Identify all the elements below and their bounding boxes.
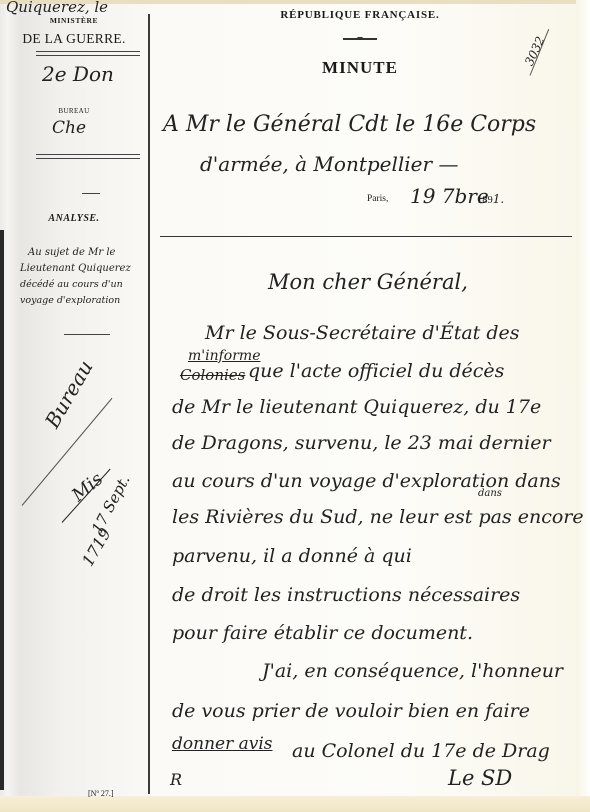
document-page: Quiquerez, le MINISTÈRE DE LA GUERRE. 2e… xyxy=(0,0,590,812)
dateline-year-printed: 189 xyxy=(477,195,493,206)
analyse-line-3: décédé au cours d'un xyxy=(20,279,123,290)
body-line-7: parvenu, il a donné à qui xyxy=(172,545,412,567)
dateline-place: Paris, xyxy=(367,194,388,204)
analyse-end-rule xyxy=(64,334,110,335)
bureau-label: BUREAU xyxy=(0,107,148,115)
analyse-line-4: voyage d'exploration xyxy=(20,295,120,306)
document-title: MINUTE xyxy=(160,58,560,78)
dateline-year: 1891. xyxy=(477,192,504,206)
body-line-2: que l'acte officiel du décès xyxy=(248,360,504,382)
margin-rule xyxy=(148,14,150,794)
body-line-3: de Mr le lieutenant Quiquerez, du 17e xyxy=(172,396,541,418)
body-line-12: donner avis xyxy=(172,734,273,754)
sidebar-double-rule-2 xyxy=(36,154,140,159)
address-line-2: d'armée, à Montpellier — xyxy=(200,152,458,176)
interlinear-insert: dans xyxy=(478,488,502,499)
body-line-1: Mr le Sous-Secrétaire d'État des xyxy=(205,322,519,344)
analyse-ornament-rule xyxy=(82,193,100,194)
registry-number: 1719 xyxy=(78,525,115,570)
body-line-8: de droit les instructions nécessaires xyxy=(172,584,520,606)
body-line-9: pour faire établir ce document. xyxy=(172,622,473,644)
analyse-label: ANALYSE. xyxy=(0,213,148,224)
header-ornament xyxy=(343,38,377,40)
closing-signature: Le SD xyxy=(448,766,512,790)
republic-header: RÉPUBLIQUE FRANÇAISE. xyxy=(160,9,560,21)
bureau-handwritten: Che xyxy=(52,118,86,138)
initial-mark: R xyxy=(170,770,182,789)
dateline-year-digit: 1. xyxy=(493,192,504,206)
body-line-11: de vous prier de vouloir bien en faire xyxy=(172,700,530,722)
scan-right-edge xyxy=(576,0,590,812)
salutation: Mon cher Général, xyxy=(268,270,468,294)
body-line-5: au cours d'un voyage d'exploration dans xyxy=(172,470,561,492)
analyse-line-2: Lieutenant Quiquerez xyxy=(20,263,131,274)
form-number: [Nº 27.] xyxy=(88,789,114,798)
header-rule xyxy=(160,236,572,237)
body-line-10: J'ai, en conséquence, l'honneur xyxy=(262,660,563,682)
analyse-line-1: Au sujet de Mr le xyxy=(28,247,115,258)
body-struck-colonies: Colonies xyxy=(180,366,245,384)
bureau-signature: Bureau xyxy=(40,356,98,432)
ministry-name: DE LA GUERRE. xyxy=(0,31,148,47)
ministry-label: MINISTÈRE xyxy=(0,16,148,25)
sidebar-double-rule xyxy=(36,51,140,56)
body-line-6: les Rivières du Sud, ne leur est pas enc… xyxy=(172,506,584,528)
sidebar-margin: MINISTÈRE DE LA GUERRE. 2e Don BUREAU Ch… xyxy=(0,0,148,812)
direction-handwritten: 2e Don xyxy=(42,62,114,86)
body-line-13: au Colonel du 17e de Drag xyxy=(292,740,550,762)
address-line-1: A Mr le Général Cdt le 16e Corps xyxy=(163,112,536,137)
body-line-4: de Dragons, survenu, le 23 mai dernier xyxy=(172,432,551,454)
